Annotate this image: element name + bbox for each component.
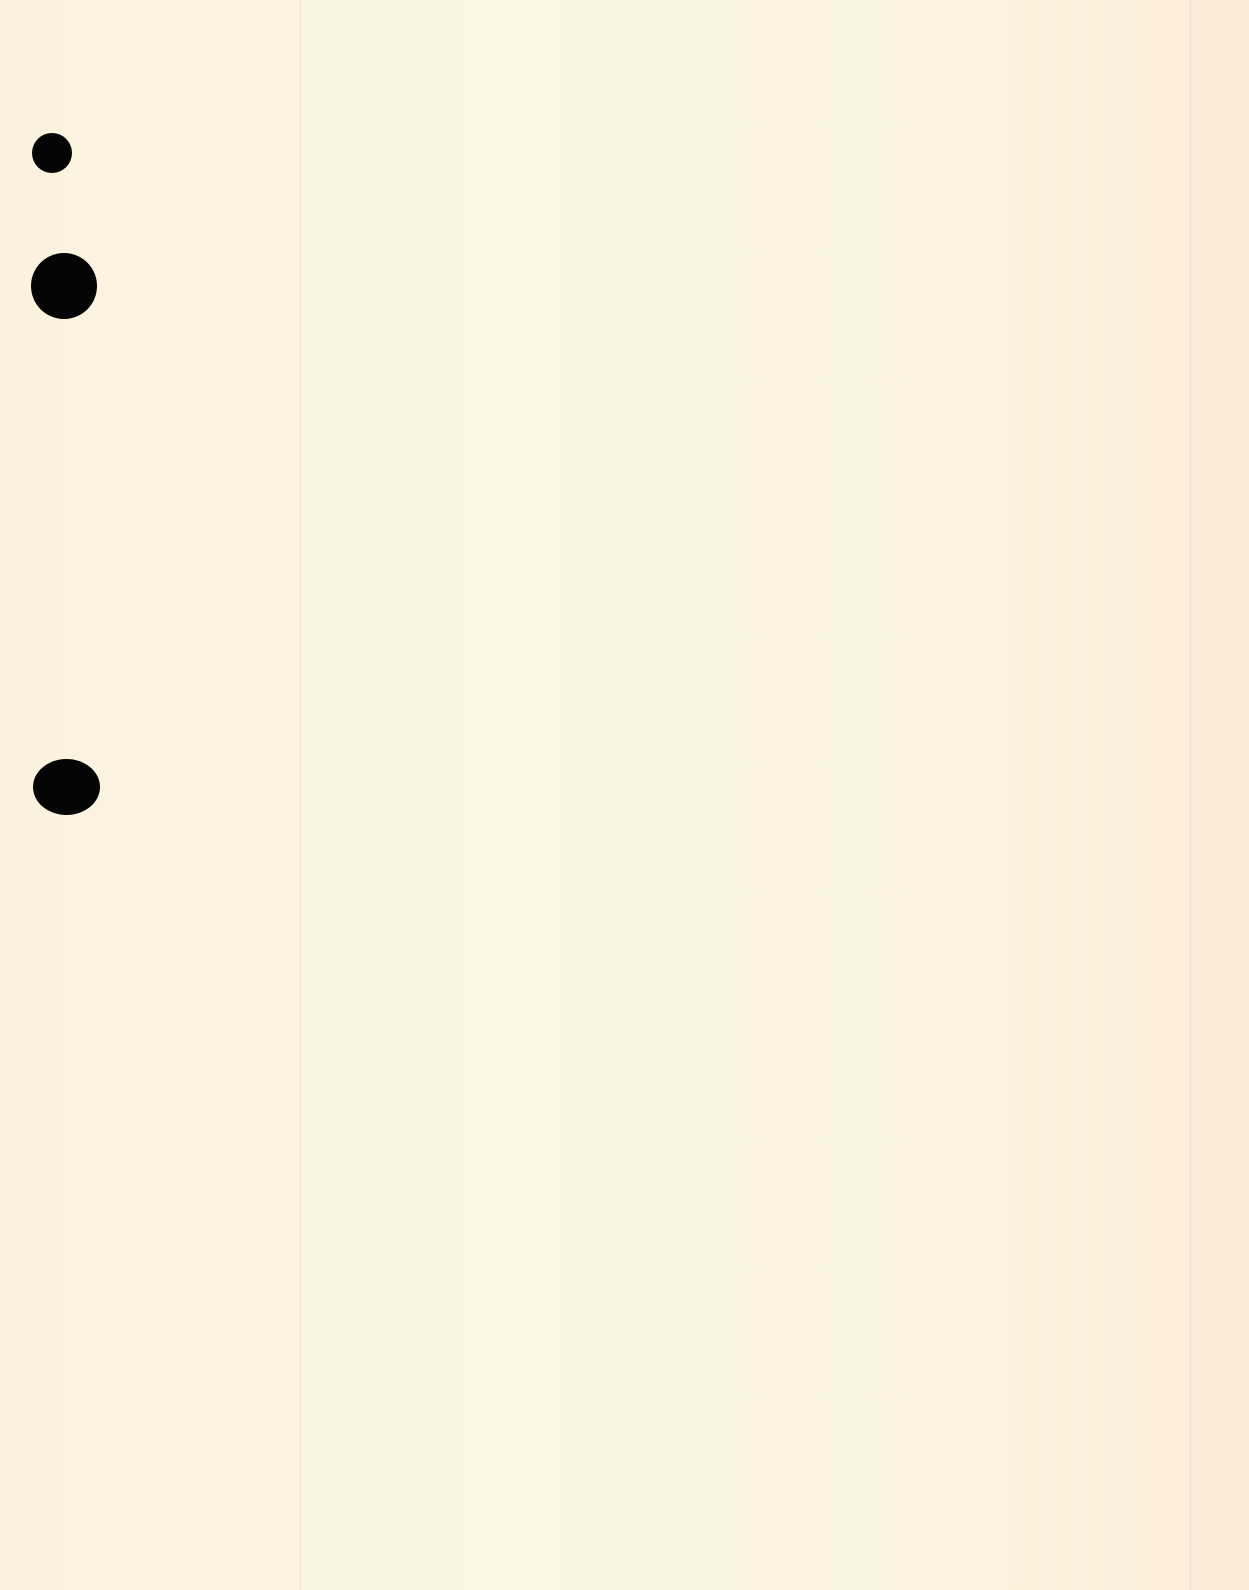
document-page [0,0,1249,1590]
punch-hole [33,759,100,815]
paper-fold-line [1190,0,1191,1590]
punch-hole [32,133,72,173]
paper-fold-line [300,0,301,1590]
punch-hole [31,253,97,319]
